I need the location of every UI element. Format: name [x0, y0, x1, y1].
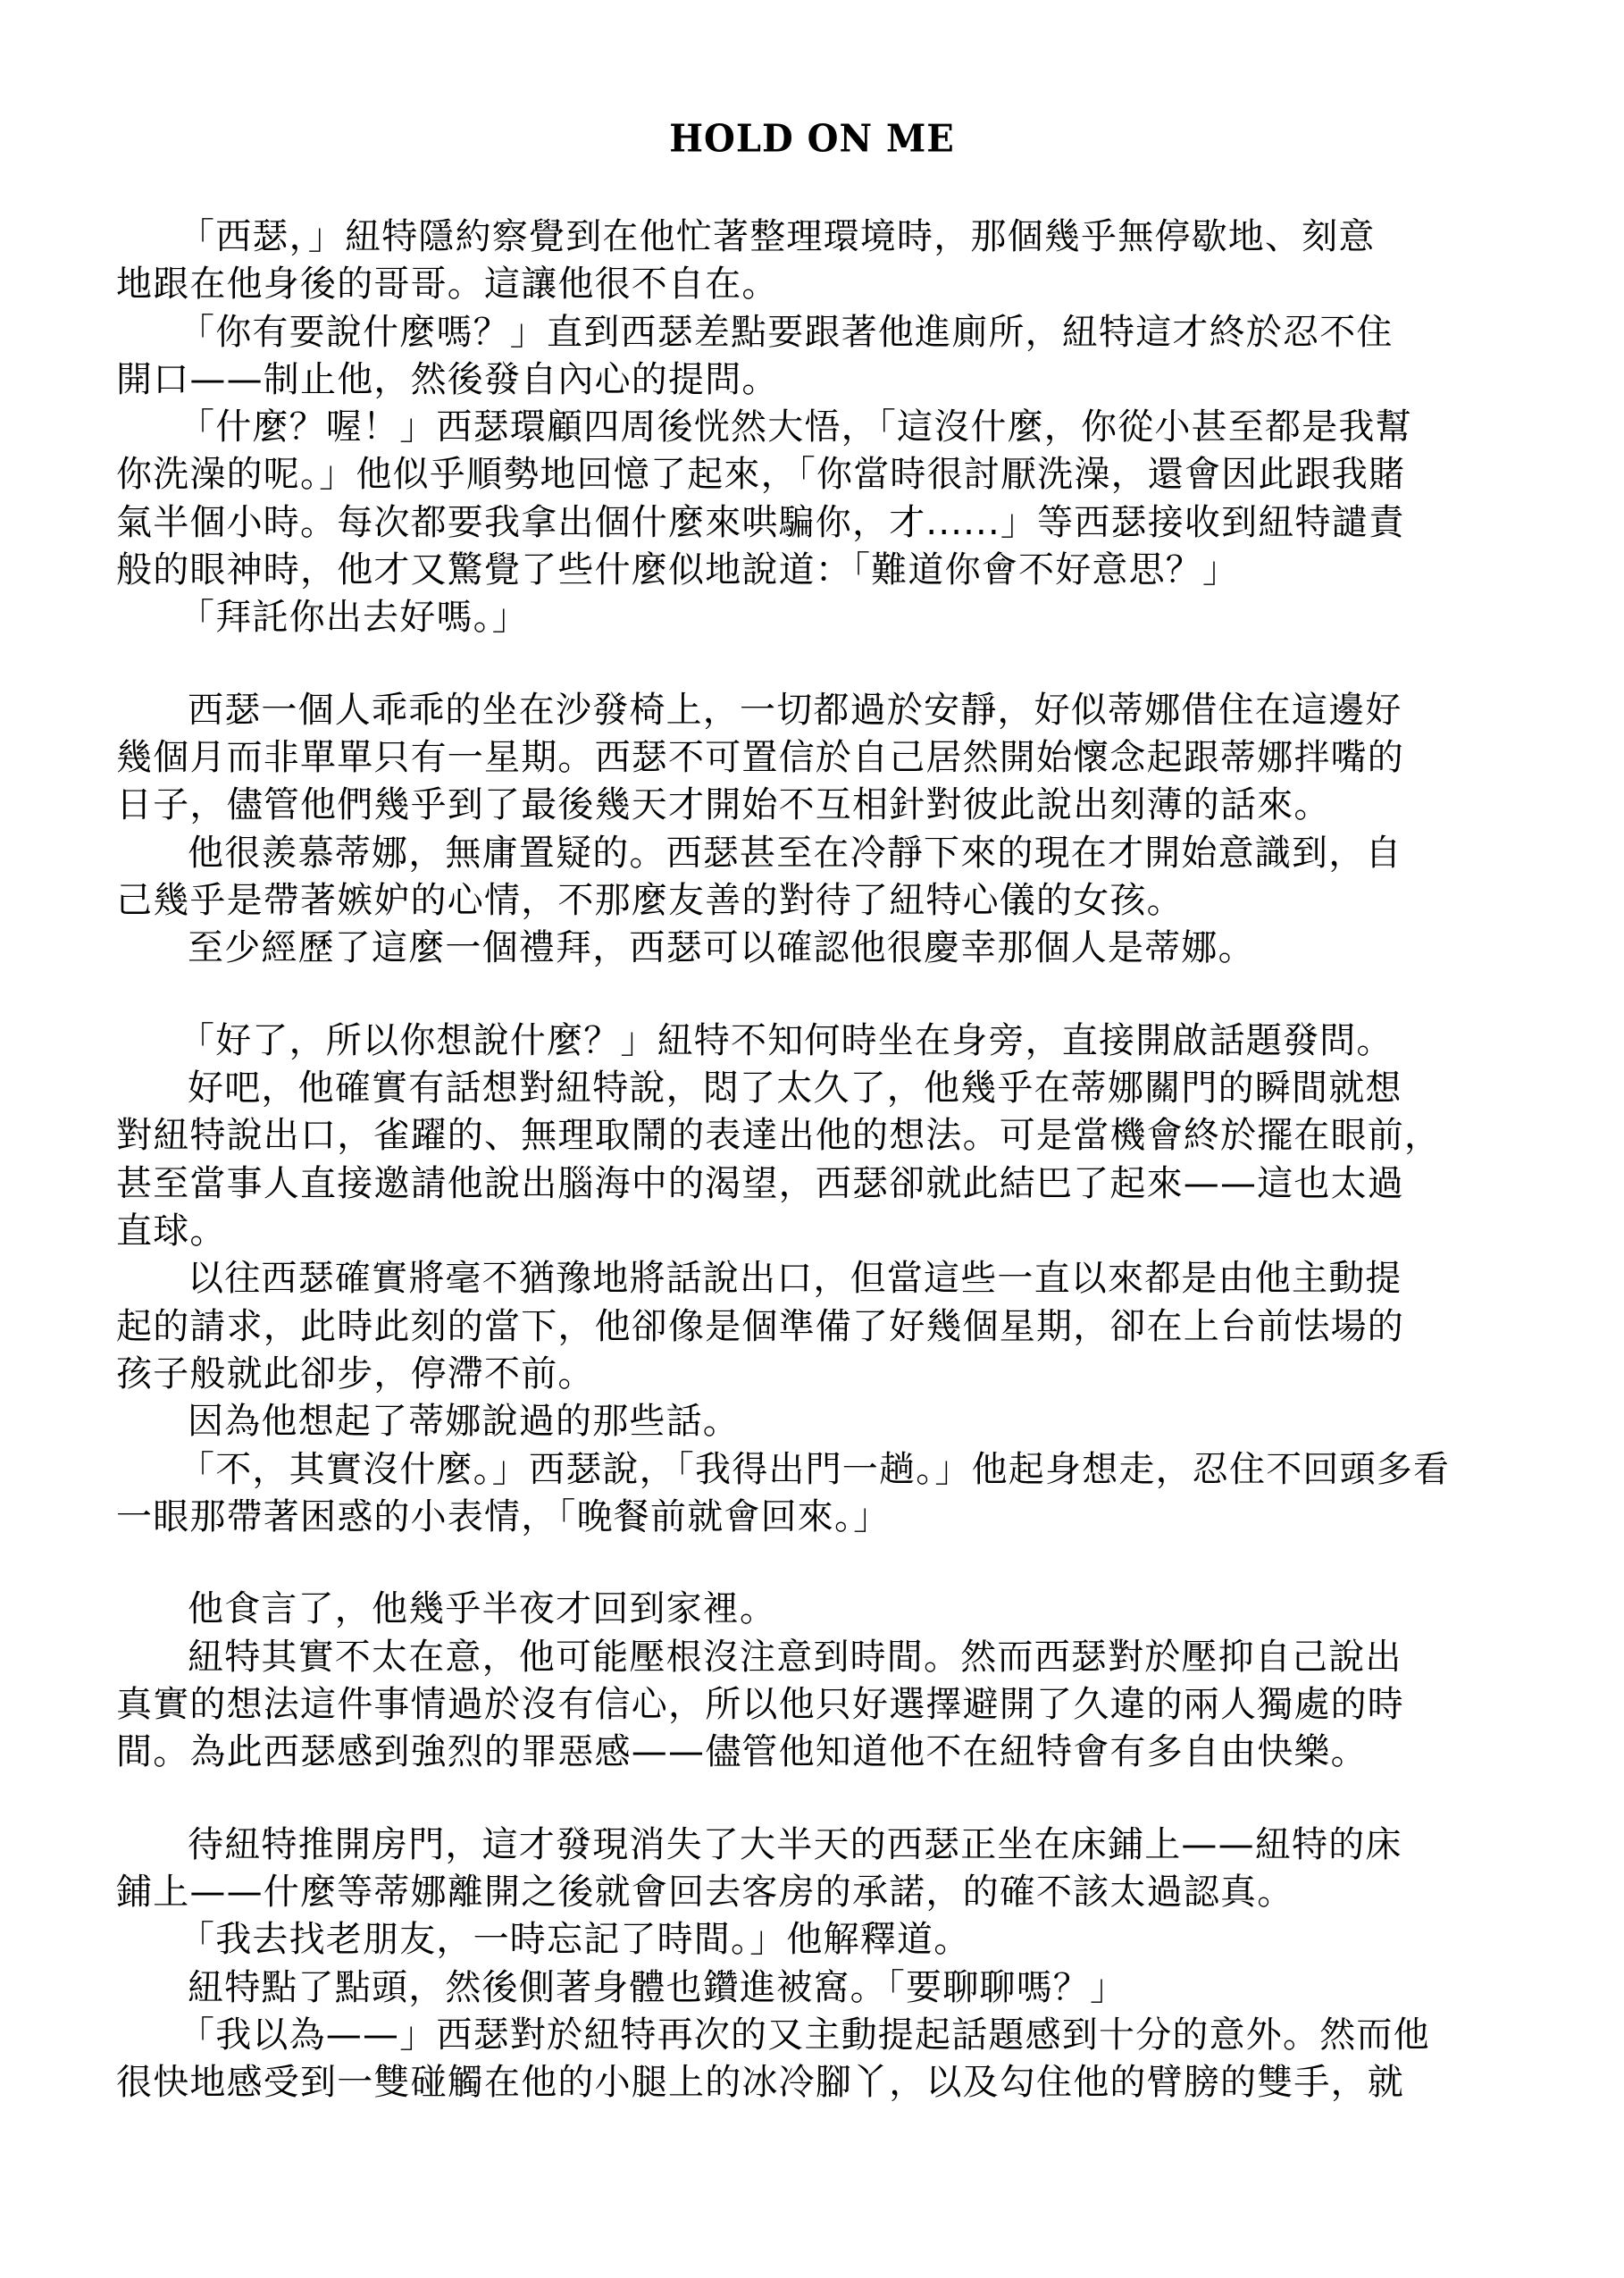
text-line: 因為他想起了蒂娜說過的那些話。	[188, 1399, 740, 1444]
text-line: 「什麼？喔！」西瑟環顧四周後恍然大悟，「這沒什麼，你從小甚至都是我幫	[179, 405, 1412, 449]
document-title: HOLD ON ME	[0, 117, 1624, 162]
text-line: 紐特點了點頭，然後側著身體也鑽進被窩。「要聊聊嗎？」	[188, 1965, 1126, 2010]
text-line: 「不，其實沒什麼。」西瑟說，「我得出門一趟。」他起身想走，忍住不回頭多看	[179, 1447, 1450, 1492]
text-line: 你洗澡的呢。」他似乎順勢地回憶了起來，「你當時很討厭洗澡，還會因此跟我賭	[116, 452, 1405, 497]
text-line: 他很羨慕蒂娜，無庸置疑的。西瑟甚至在冷靜下來的現在才開始意識到，自	[188, 831, 1402, 875]
text-line: 幾個月而非單單只有一星期。西瑟不可置信於自己居然開始懷念起跟蒂娜拌嘴的	[116, 735, 1404, 780]
text-line: 己幾乎是帶著嫉妒的心情，不那麼友善的對待了紐特心儀的女孩。	[116, 878, 1184, 923]
text-line: 般的眼神時，他才又驚覺了些什麼似地說道：「難道你會不好意思？」	[116, 548, 1239, 592]
text-line: 西瑟一個人乖乖的坐在沙發椅上，一切都過於安靜，好似蒂娜借住在這邊好	[188, 688, 1402, 733]
text-line: 地跟在他身後的哥哥。這讓他很不自在。	[116, 262, 779, 306]
text-line: 「西瑟，」紐特隱約察覺到在他忙著整理環境時，那個幾乎無停歇地、刻意	[179, 214, 1376, 259]
text-line: 起的請求，此時此刻的當下，他卻像是個準備了好幾個星期，卻在上台前怯場的	[116, 1304, 1404, 1349]
text-line: 好吧，他確實有話想對紐特說，悶了太久了，他幾乎在蒂娜關門的瞬間就想	[188, 1066, 1402, 1110]
text-line: 孩子般就此卻步，停滯不前。	[116, 1352, 595, 1396]
text-line: 待紐特推開房門，這才發現消失了大半天的西瑟正坐在床鋪上——紐特的床	[188, 1822, 1402, 1867]
text-line: 「我去找老朋友，一時忘記了時間。」他解釋道。	[179, 1917, 970, 1962]
document-page: HOLD ON ME 「西瑟，」紐特隱約察覺到在他忙著整理環境時，那個幾乎無停歇…	[0, 0, 1624, 2278]
text-line: 真實的想法這件事情過於沒有信心，所以他只好選擇避開了久違的兩人獨處的時	[116, 1682, 1404, 1727]
text-line: 「拜託你出去好嗎。」	[179, 595, 529, 640]
text-line: 鋪上——什麼等蒂娜離開之後就會回去客房的承諾，的確不該太過認真。	[116, 1870, 1293, 1914]
text-line: 間。為此西瑟感到強烈的罪惡感——儘管他知道他不在紐特會有多自由快樂。	[116, 1729, 1368, 1774]
text-line: 「我以為——」西瑟對於紐特再次的又主動提起話題感到十分的意外。然而他	[179, 2013, 1430, 2057]
text-line: 以往西瑟確實將毫不猶豫地將話說出口，但當這些一直以來都是由他主動提	[188, 1256, 1402, 1301]
text-line: 日子，儘管他們幾乎到了最後幾天才開始不互相針對彼此說出刻薄的話來。	[116, 783, 1331, 827]
text-line: 開口——制止他，然後發自內心的提問。	[116, 357, 779, 402]
text-line: 很快地感受到一雙碰觸在他的小腿上的冰冷腳丫，以及勾住他的臂膀的雙手，就	[116, 2060, 1404, 2105]
text-line: 一眼那帶著困惑的小表情，「晚餐前就會回來。」	[116, 1495, 890, 1539]
text-line: 直球。	[116, 1209, 227, 1253]
text-line: 「好了，所以你想說什麼？」紐特不知何時坐在身旁，直接開啟話題發問。	[179, 1018, 1394, 1063]
text-line: 「你有要說什麼嗎？」直到西瑟差點要跟著他進廁所，紐特這才終於忍不住	[179, 310, 1394, 355]
text-line: 甚至當事人直接邀請他說出腦海中的渴望，西瑟卻就此結巴了起來——這也太過	[116, 1161, 1404, 1206]
text-line: 對紐特說出口，雀躍的、無理取鬧的表達出他的想法。可是當機會終於擺在眼前，	[116, 1113, 1441, 1158]
text-line: 至少經歷了這麼一個禮拜，西瑟可以確認他很慶幸那個人是蒂娜。	[188, 925, 1255, 970]
text-line: 他食言了，他幾乎半夜才回到家裡。	[188, 1587, 776, 1631]
text-line: 紐特其實不太在意，他可能壓根沒注意到時間。然而西瑟對於壓抑自己說出	[188, 1635, 1402, 1679]
text-line: 氣半個小時。每次都要我拿出個什麼來哄騙你，才......」等西瑟接收到紐特譴責	[116, 500, 1405, 545]
